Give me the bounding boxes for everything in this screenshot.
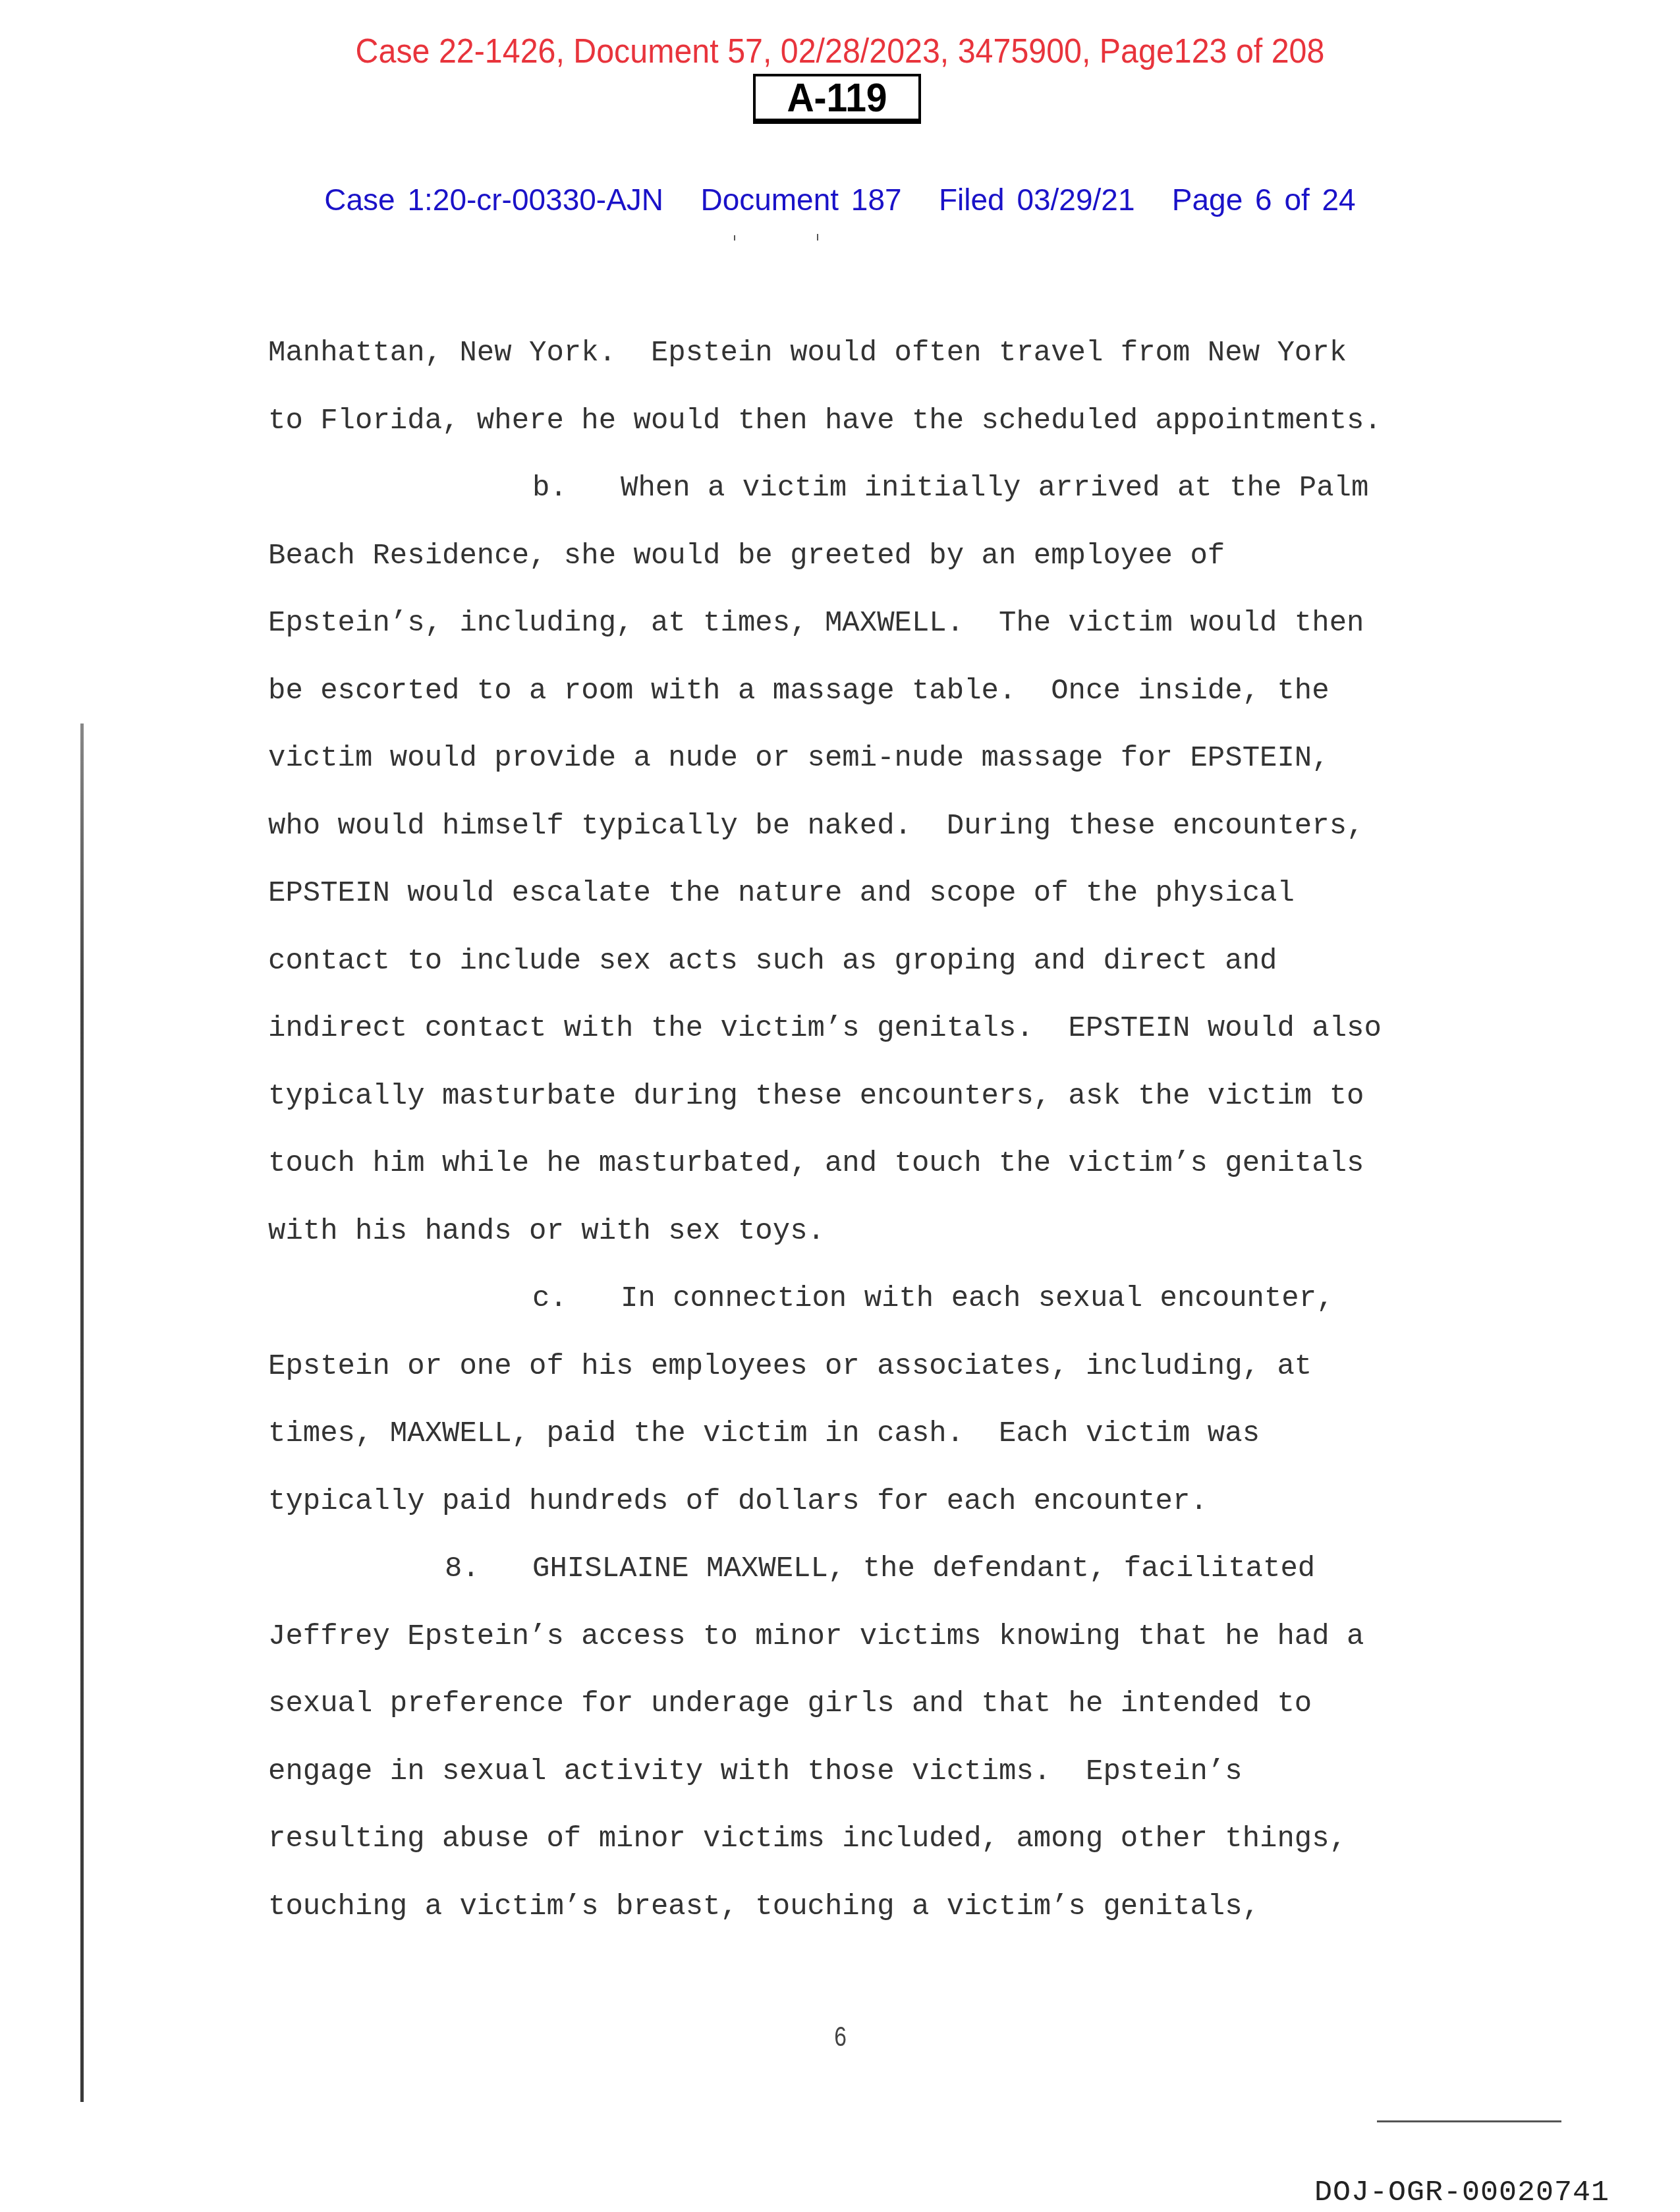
body-line: be escorted to a room with a massage tab… <box>268 677 1330 706</box>
body-line: Manhattan, New York. Epstein would often… <box>268 339 1347 368</box>
body-line: GHISLAINE MAXWELL, the defendant, facili… <box>532 1554 1315 1583</box>
appellate-case-header: Case 22-1426, Document 57, 02/28/2023, 3… <box>59 34 1621 69</box>
scan-artifact <box>731 234 830 247</box>
body-line: Beach Residence, she would be greeted by… <box>268 542 1225 571</box>
body-line: victim would provide a nude or semi-nude… <box>268 744 1330 773</box>
exhibit-stamp-box: A-119 <box>753 74 921 124</box>
body-line: touching a victim’s breast, touching a v… <box>268 1892 1260 1921</box>
bates-number: DOJ-OGR-00020741 <box>1314 2178 1610 2207</box>
body-line: sexual preference for underage girls and… <box>268 1689 1312 1718</box>
exhibit-label: A-119 <box>762 78 912 119</box>
item-label: b. <box>532 474 567 503</box>
body-line: typically masturbate during these encoun… <box>268 1082 1364 1111</box>
body-line: contact to include sex acts such as grop… <box>268 947 1277 976</box>
body-line: indirect contact with the victim’s genit… <box>268 1014 1382 1043</box>
body-line: resulting abuse of minor victims include… <box>268 1825 1347 1854</box>
body-line: with his hands or with sex toys. <box>268 1217 825 1246</box>
body-line: touch him while he masturbated, and touc… <box>268 1149 1364 1178</box>
paragraph-number: 8. <box>445 1554 480 1583</box>
body-line: EPSTEIN would escalate the nature and sc… <box>268 879 1295 908</box>
page-number: 6 <box>834 2023 847 2051</box>
footer-rule <box>1377 2120 1561 2122</box>
body-line: In connection with each sexual encounter… <box>621 1284 1334 1313</box>
district-case-header: Case 1:20-cr-00330-AJN Document 187 File… <box>0 184 1680 215</box>
body-line: who would himself typically be naked. Du… <box>268 812 1364 841</box>
body-line: times, MAXWELL, paid the victim in cash.… <box>268 1419 1260 1448</box>
margin-scan-bar <box>80 723 84 2102</box>
body-line: Jeffrey Epstein’s access to minor victim… <box>268 1622 1364 1651</box>
body-line: Epstein or one of his employees or assoc… <box>268 1352 1312 1381</box>
body-line: typically paid hundreds of dollars for e… <box>268 1487 1208 1516</box>
body-line: Epstein’s, including, at times, MAXWELL.… <box>268 609 1364 638</box>
body-line: to Florida, where he would then have the… <box>268 407 1382 436</box>
item-label: c. <box>532 1284 567 1313</box>
body-line: When a victim initially arrived at the P… <box>621 474 1368 503</box>
body-line: engage in sexual activity with those vic… <box>268 1757 1243 1786</box>
